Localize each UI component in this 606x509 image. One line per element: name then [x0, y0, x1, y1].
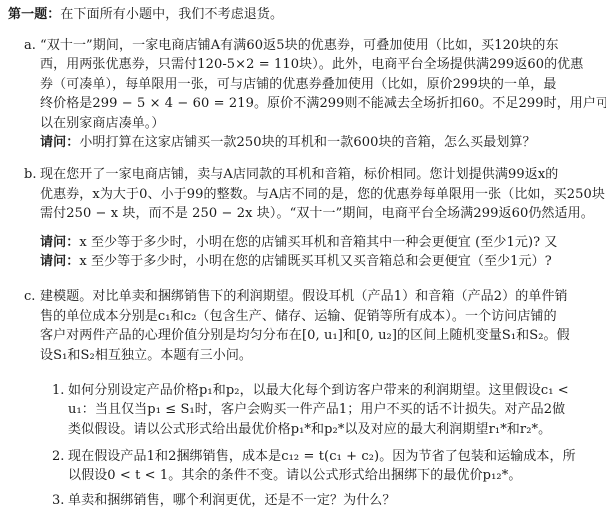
- item-line: 建模题。对比单卖和捆绑销售下的利润期望。假设耳机（产品1）和音箱（产品2）的单件…: [40, 287, 568, 306]
- item-marker: c.: [24, 287, 35, 306]
- item-line: 以在别家商店凑单。）: [40, 114, 165, 133]
- item-marker: b.: [24, 165, 36, 184]
- subitem-marker: 2.: [52, 447, 64, 466]
- question-label: 请问：: [40, 135, 79, 150]
- item-line: 现在您开了一家电商店铺，卖与A店同款的耳机和音箱，标价相同。您计划提供满99返x…: [40, 165, 558, 184]
- question-label: 请问：: [40, 254, 79, 269]
- problem-title-label: 第一题：: [8, 7, 60, 22]
- subitem-line: 现在假设产品1和2捆绑销售，成本是c₁₂ = t(c₁ + c₂)。因为节省了包…: [68, 447, 576, 466]
- subitem-line: u₁：当且仅当p₁ ≤ S₁时，客户会购买一件产品1；用户不买的话不计损失。对产…: [68, 400, 565, 419]
- item-line: 西，用两张优惠券，只需付120-5×2 = 110块）。此外，电商平台全场提供满…: [40, 55, 583, 74]
- subitem-line: 单卖和捆绑销售，哪个利润更优，还是不一定？为什么？: [68, 491, 396, 509]
- question-line: 请问：小明打算在这家店铺买一款250块的耳机和一款600块的音箱，怎么买最划算？: [40, 133, 536, 152]
- item-marker: a.: [24, 36, 36, 55]
- item-line: “双十一”期间，一家电商店铺A有满60返5块的优惠券，可叠加使用（比如，买120…: [40, 36, 559, 55]
- item-line: 优惠券，x为大于0、小于99的整数。与A店不同的是，您的优惠券每单限用一张（比如…: [40, 185, 606, 204]
- question-text: x 至少等于多少时，小明在您的店铺既买耳机又买音箱总和会更便宜（至少1元）?: [79, 254, 552, 269]
- subitem-line: 以假设0 < t < 1。其余的条件不变。请以公式形式给出捆绑下的最优价p₁₂*…: [68, 466, 521, 485]
- question-text: 小明打算在这家店铺买一款250块的耳机和一款600块的音箱，怎么买最划算？: [79, 135, 535, 150]
- problem-title-text: 在下面所有小题中，我们不考虑退货。: [60, 7, 283, 22]
- question-line: 请问：x 至少等于多少时，小明在您的店铺既买耳机又买音箱总和会更便宜（至少1元）…: [40, 252, 552, 271]
- item-line: 客户对两件产品的心理价值分别是均匀分布在[0, u₁]和[0, u₂]的区间上随…: [40, 326, 570, 345]
- item-line: 终价格是299 − 5 × 4 − 60 = 219。原价不满299则不能减去全…: [40, 94, 606, 113]
- item-line: 售的单位成本分别是c₁和c₂（包含生产、储存、运输、促销等所有成本）。一个访问店…: [40, 307, 557, 326]
- subitem-marker: 1.: [52, 381, 64, 400]
- question-line: 请问：x 至少等于多少时，小明在您的店铺买耳机和音箱其中一种会更便宜 (至少1元…: [40, 233, 558, 252]
- item-line: 券（可凑单），每单限用一张，可与店铺的优惠券叠加使用（比如，原价299块的一单，…: [40, 75, 556, 94]
- problem-title: 第一题：在下面所有小题中，我们不考虑退货。: [8, 5, 283, 24]
- subitem-line: 如何分别设定产品价格p₁和p₂，以最大化每个到访客户带来的利润期望。这里假设c₁…: [68, 381, 569, 400]
- question-text: x 至少等于多少时，小明在您的店铺买耳机和音箱其中一种会更便宜 (至少1元)? …: [79, 235, 557, 250]
- item-line: 设S₁和S₂相互独立。本题有三小问。: [40, 346, 252, 365]
- item-line: 需付250 − x 块，而不是 250 − 2x 块）。“双十一”期间，电商平台…: [40, 204, 594, 223]
- subitem-marker: 3.: [52, 491, 64, 509]
- subitem-line: 类似假设。请以公式形式给出最优价格p₁*和p₂*以及对应的最大利润期望r₁*和r…: [68, 420, 551, 439]
- question-label: 请问：: [40, 235, 79, 250]
